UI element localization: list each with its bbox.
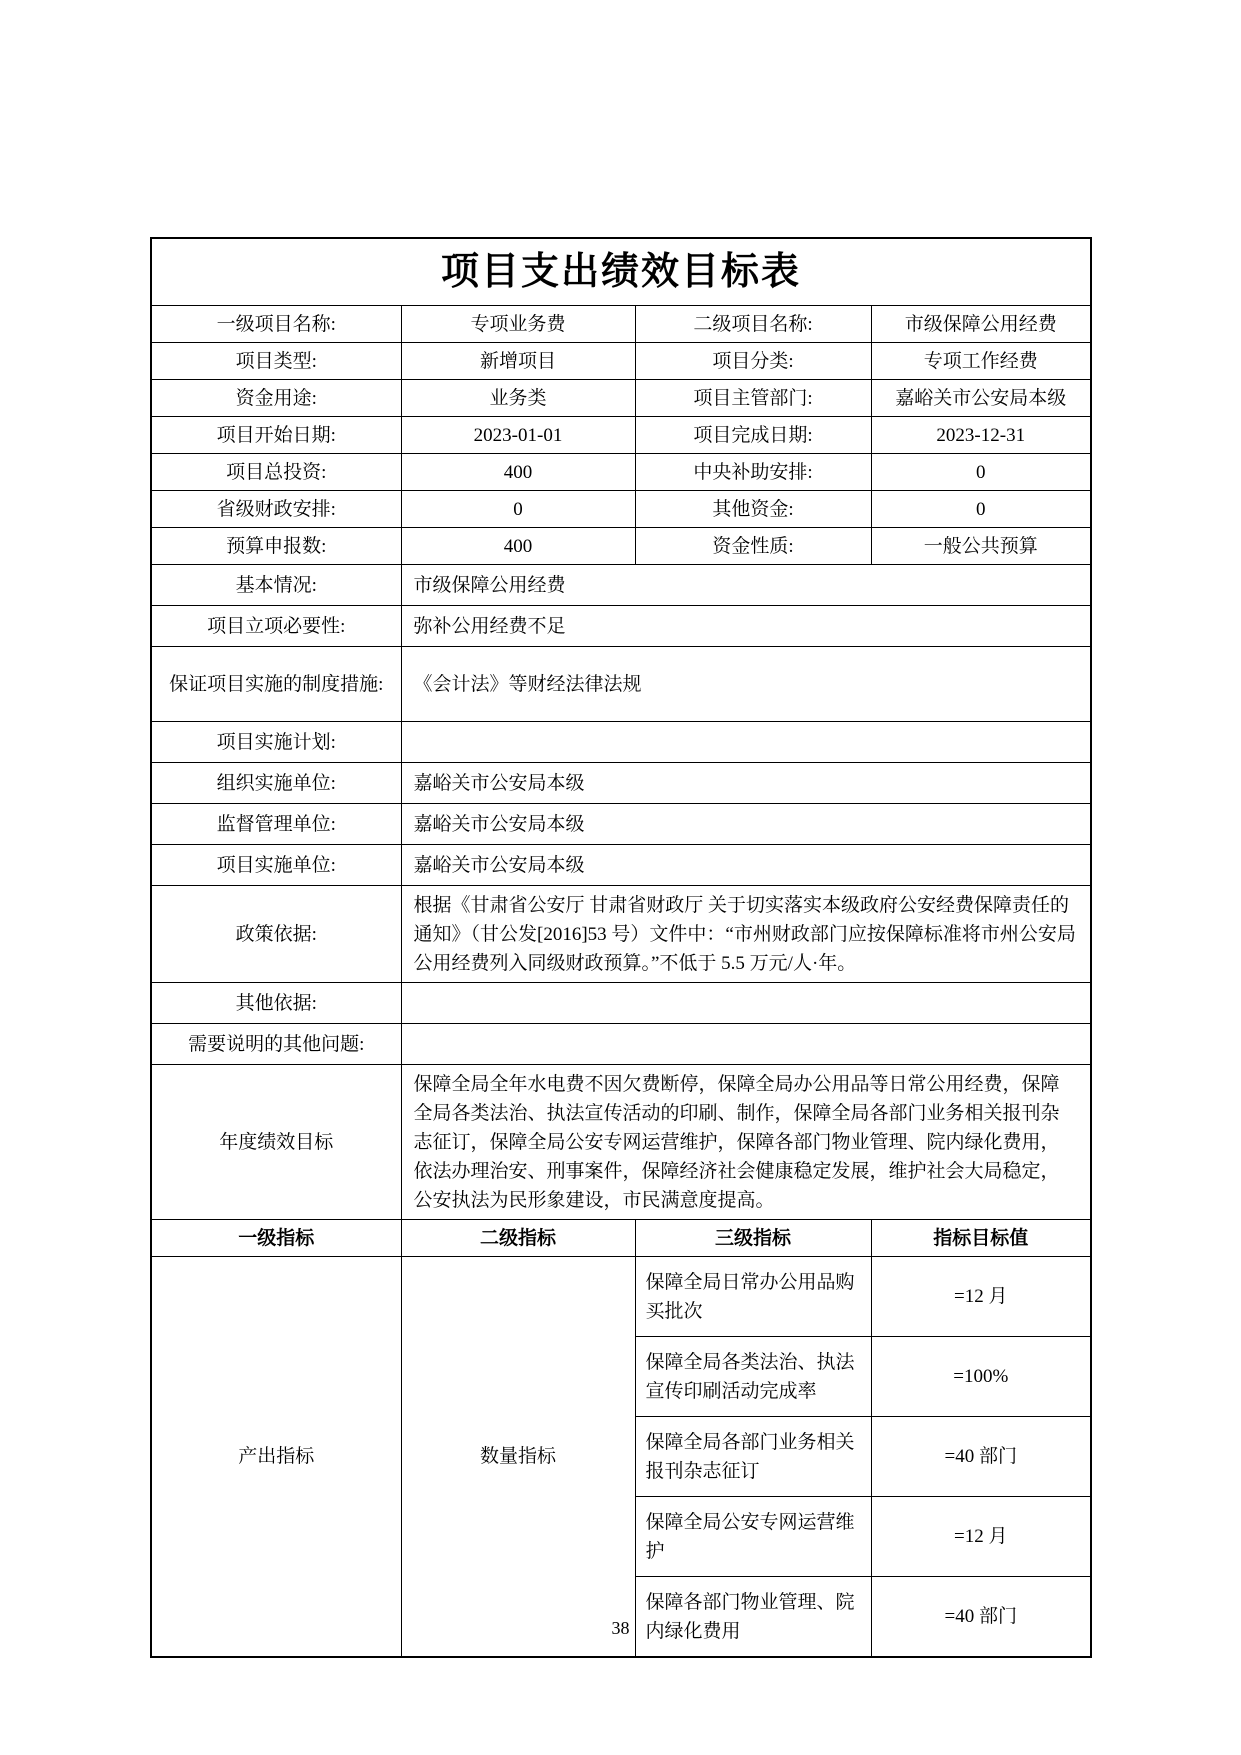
detail-row: 政策依据: 根据《甘肃省公安厅 甘肃省财政厅 关于切实落实本级政府公安经费保障责… [151, 886, 1091, 983]
detail-label: 项目实施计划: [151, 722, 401, 763]
field-value: 0 [401, 491, 635, 528]
field-value: 0 [871, 491, 1091, 528]
indicator-target-cell: =100% [871, 1337, 1091, 1417]
field-value: 市级保障公用经费 [871, 306, 1091, 343]
field-value: 0 [871, 454, 1091, 491]
field-value: 嘉峪关市公安局本级 [871, 380, 1091, 417]
field-label: 项目主管部门: [635, 380, 871, 417]
detail-row: 项目实施单位: 嘉峪关市公安局本级 [151, 845, 1091, 886]
detail-row: 基本情况: 市级保障公用经费 [151, 565, 1091, 606]
indicator-target-cell: =12 月 [871, 1257, 1091, 1337]
field-label: 项目类型: [151, 343, 401, 380]
field-label: 资金性质: [635, 528, 871, 565]
indicator-row: 产出指标 数量指标 保障全局日常办公用品购买批次 =12 月 [151, 1257, 1091, 1337]
detail-label: 年度绩效目标 [151, 1065, 401, 1220]
field-value: 2023-12-31 [871, 417, 1091, 454]
indicator-level3-cell: 保障全局公安专网运营维护 [635, 1497, 871, 1577]
field-label: 一级项目名称: [151, 306, 401, 343]
info-row: 项目类型: 新增项目 项目分类: 专项工作经费 [151, 343, 1091, 380]
indicator-level3-cell: 保障全局各部门业务相关报刊杂志征订 [635, 1417, 871, 1497]
detail-label: 监督管理单位: [151, 804, 401, 845]
info-row: 项目总投资: 400 中央补助安排: 0 [151, 454, 1091, 491]
document-page: 项目支出绩效目标表 一级项目名称: 专项业务费 二级项目名称: 市级保障公用经费… [0, 0, 1241, 1755]
indicator-level3-cell: 保障各部门物业管理、院内绿化费用 [635, 1577, 871, 1658]
detail-label: 项目立项必要性: [151, 606, 401, 647]
detail-value [401, 722, 1091, 763]
title-row: 项目支出绩效目标表 [151, 238, 1091, 306]
field-value: 业务类 [401, 380, 635, 417]
info-row: 资金用途: 业务类 项目主管部门: 嘉峪关市公安局本级 [151, 380, 1091, 417]
field-label: 其他资金: [635, 491, 871, 528]
detail-row: 保证项目实施的制度措施: 《会计法》等财经法律法规 [151, 647, 1091, 722]
detail-value: 嘉峪关市公安局本级 [401, 804, 1091, 845]
detail-label: 保证项目实施的制度措施: [151, 647, 401, 722]
page-number: 38 [0, 1618, 1241, 1639]
detail-label: 其他依据: [151, 983, 401, 1024]
field-label: 省级财政安排: [151, 491, 401, 528]
table-title: 项目支出绩效目标表 [151, 238, 1091, 306]
detail-value: 嘉峪关市公安局本级 [401, 763, 1091, 804]
info-row: 预算申报数: 400 资金性质: 一般公共预算 [151, 528, 1091, 565]
field-value: 400 [401, 454, 635, 491]
field-label: 二级项目名称: [635, 306, 871, 343]
field-value: 专项工作经费 [871, 343, 1091, 380]
detail-row: 组织实施单位: 嘉峪关市公安局本级 [151, 763, 1091, 804]
indicator-header-cell: 指标目标值 [871, 1220, 1091, 1257]
indicator-target-cell: =12 月 [871, 1497, 1091, 1577]
detail-row: 项目立项必要性: 弥补公用经费不足 [151, 606, 1091, 647]
info-row: 项目开始日期: 2023-01-01 项目完成日期: 2023-12-31 [151, 417, 1091, 454]
info-row: 省级财政安排: 0 其他资金: 0 [151, 491, 1091, 528]
indicator-level3-cell: 保障全局日常办公用品购买批次 [635, 1257, 871, 1337]
field-label: 资金用途: [151, 380, 401, 417]
performance-target-table: 项目支出绩效目标表 一级项目名称: 专项业务费 二级项目名称: 市级保障公用经费… [150, 237, 1092, 1658]
field-label: 中央补助安排: [635, 454, 871, 491]
indicator-level2-cell: 数量指标 [401, 1257, 635, 1658]
indicator-header-cell: 三级指标 [635, 1220, 871, 1257]
detail-row: 年度绩效目标 保障全局全年水电费不因欠费断停，保障全局办公用品等日常公用经费，保… [151, 1065, 1091, 1220]
field-label: 预算申报数: [151, 528, 401, 565]
detail-label: 政策依据: [151, 886, 401, 983]
field-value: 新增项目 [401, 343, 635, 380]
detail-value: 根据《甘肃省公安厅 甘肃省财政厅 关于切实落实本级政府公安经费保障责任的通知》（… [401, 886, 1091, 983]
field-value: 一般公共预算 [871, 528, 1091, 565]
detail-value: 弥补公用经费不足 [401, 606, 1091, 647]
detail-value: 保障全局全年水电费不因欠费断停，保障全局办公用品等日常公用经费，保障全局各类法治… [401, 1065, 1091, 1220]
detail-label: 基本情况: [151, 565, 401, 606]
detail-label: 项目实施单位: [151, 845, 401, 886]
indicator-header-cell: 二级指标 [401, 1220, 635, 1257]
field-label: 项目总投资: [151, 454, 401, 491]
field-value: 400 [401, 528, 635, 565]
detail-row: 项目实施计划: [151, 722, 1091, 763]
indicator-level1-cell: 产出指标 [151, 1257, 401, 1658]
field-label: 项目开始日期: [151, 417, 401, 454]
detail-row: 需要说明的其他问题: [151, 1024, 1091, 1065]
field-value: 2023-01-01 [401, 417, 635, 454]
detail-label: 需要说明的其他问题: [151, 1024, 401, 1065]
detail-value: 市级保障公用经费 [401, 565, 1091, 606]
detail-value [401, 1024, 1091, 1065]
indicator-target-cell: =40 部门 [871, 1577, 1091, 1658]
detail-value: 嘉峪关市公安局本级 [401, 845, 1091, 886]
field-label: 项目完成日期: [635, 417, 871, 454]
detail-row: 其他依据: [151, 983, 1091, 1024]
detail-label: 组织实施单位: [151, 763, 401, 804]
info-row: 一级项目名称: 专项业务费 二级项目名称: 市级保障公用经费 [151, 306, 1091, 343]
indicator-header-row: 一级指标 二级指标 三级指标 指标目标值 [151, 1220, 1091, 1257]
detail-value [401, 983, 1091, 1024]
field-label: 项目分类: [635, 343, 871, 380]
detail-row: 监督管理单位: 嘉峪关市公安局本级 [151, 804, 1091, 845]
indicator-level3-cell: 保障全局各类法治、执法宣传印刷活动完成率 [635, 1337, 871, 1417]
detail-value: 《会计法》等财经法律法规 [401, 647, 1091, 722]
field-value: 专项业务费 [401, 306, 635, 343]
indicator-header-cell: 一级指标 [151, 1220, 401, 1257]
indicator-target-cell: =40 部门 [871, 1417, 1091, 1497]
